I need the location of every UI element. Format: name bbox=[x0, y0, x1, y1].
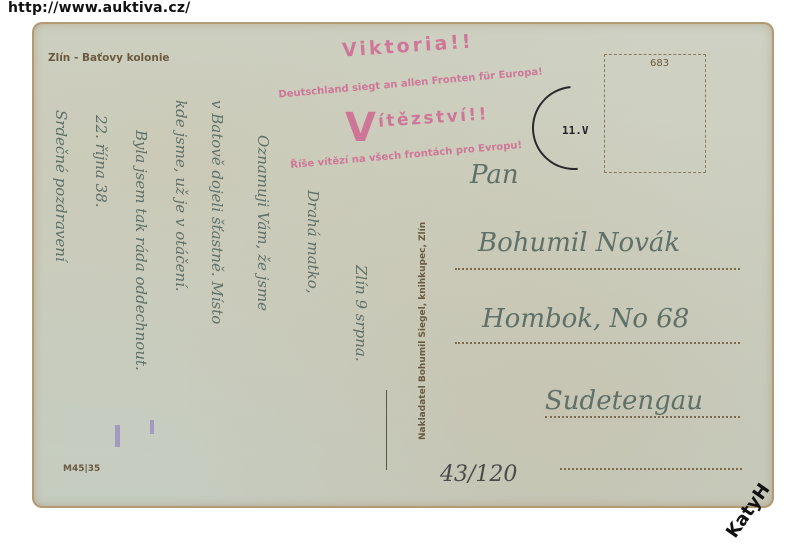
message-line: Drahá matko, bbox=[304, 190, 322, 294]
address-region: Sudetengau bbox=[545, 386, 703, 416]
stamp-big-v: V bbox=[345, 105, 376, 151]
message-line: Byla jsem tak ráda oddechnout. bbox=[132, 130, 150, 371]
address-line-2 bbox=[455, 342, 740, 344]
message-line: v Batově dojeli šťastně. Místo bbox=[208, 100, 226, 324]
address-line-3 bbox=[545, 416, 740, 418]
watermark-url: http://www.auktiva.cz/ bbox=[8, 0, 191, 16]
address-line-4 bbox=[560, 468, 742, 470]
ink-smudge bbox=[150, 420, 154, 434]
message-line: 22. října 38. bbox=[92, 115, 110, 207]
message-line: Zlín 9 srpna. bbox=[352, 265, 370, 362]
address-street: Hombok, No 68 bbox=[482, 304, 689, 334]
divider-line bbox=[386, 390, 387, 470]
stamp-box bbox=[604, 54, 706, 173]
address-name: Bohumil Novák bbox=[478, 228, 680, 258]
stamp-box-number: 683 bbox=[650, 58, 669, 69]
pencil-note: 43/120 bbox=[440, 462, 517, 487]
publisher-imprint: Nakladatel Bohumil Siegel, knihkupec, Zl… bbox=[418, 222, 428, 440]
message-line: Oznamuji Vám, že jsme bbox=[254, 135, 272, 311]
print-code: M45|35 bbox=[63, 464, 100, 474]
ink-smudge bbox=[115, 425, 120, 447]
message-line: Srdečné pozdravení bbox=[52, 110, 70, 262]
message-line: kde jsme, už je v otáčení. bbox=[172, 100, 190, 292]
address-line-1 bbox=[455, 268, 740, 270]
postcard-title: Zlín - Baťovy kolonie bbox=[48, 52, 170, 64]
postmark-date: 11.V bbox=[562, 124, 589, 137]
address-salutation: Pan bbox=[470, 160, 519, 190]
